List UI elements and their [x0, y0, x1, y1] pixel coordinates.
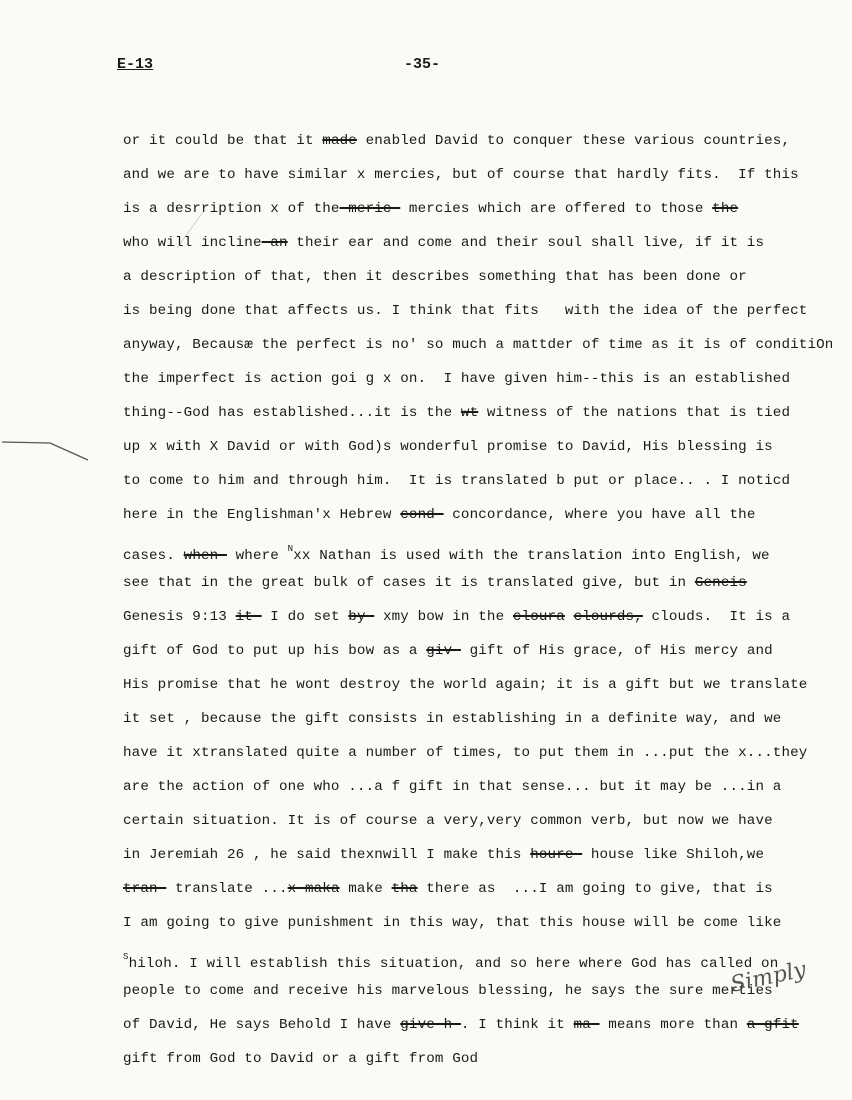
text-segment: and we are to have similar x mercies, bu…	[123, 167, 799, 183]
struck-out-text: -meric-	[340, 201, 401, 217]
struck-out-text: Geneis	[695, 575, 747, 591]
text-line: who will incline-an their ear and come a…	[123, 226, 823, 260]
text-segment: to come to him and through him. It is tr…	[123, 473, 790, 489]
text-line: of David, He says Behold I have give-h-.…	[123, 1008, 823, 1042]
text-segment: mercies which are offered to those	[400, 201, 712, 217]
text-line: it set , because the gift consists in es…	[123, 702, 823, 736]
struck-out-text: give-h-	[400, 1017, 461, 1033]
text-segment: have it xtranslated quite a number of ti…	[123, 745, 807, 761]
struck-out-text: ma-	[574, 1017, 600, 1033]
text-segment: here in the Englishman'x Hebrew	[123, 507, 400, 523]
text-segment: xx Nathan is used with the translation i…	[293, 548, 770, 564]
text-segment: witness of the nations that is tied	[478, 405, 790, 421]
text-segment: gift from God to David or a gift from Go…	[123, 1051, 478, 1067]
text-line: thing--God has established...it is the w…	[123, 396, 823, 430]
struck-out-text: when-	[184, 548, 227, 564]
struck-out-text: made	[322, 133, 357, 149]
text-line: the imperfect is action goi g x on. I ha…	[123, 362, 823, 396]
text-segment: cases.	[123, 548, 184, 564]
text-segment: thing--God has established...it is the	[123, 405, 461, 421]
text-segment: enabled David to conquer these various c…	[357, 133, 790, 149]
margin-pen-mark	[0, 436, 95, 466]
text-line: are the action of one who ...a f gift in…	[123, 770, 823, 804]
text-line: gift of God to put up his bow as a giv- …	[123, 634, 823, 668]
struck-out-text: cond-	[400, 507, 443, 523]
text-line: people to come and receive his marvelous…	[123, 974, 823, 1008]
text-segment: their ear and come and their soul shall …	[288, 235, 765, 251]
text-segment: is being done that affects us. I think t…	[123, 303, 807, 319]
struck-out-text: it-	[236, 609, 262, 625]
text-line: gift from God to David or a gift from Go…	[123, 1042, 823, 1076]
typewritten-body: or it could be that it made enabled Davi…	[123, 124, 823, 1076]
text-line: to come to him and through him. It is tr…	[123, 464, 823, 498]
text-line: have it xtranslated quite a number of ti…	[123, 736, 823, 770]
text-line: in Jeremiah 26 , he said thexnwill I mak…	[123, 838, 823, 872]
text-segment: where	[227, 548, 288, 564]
text-segment: certain situation. It is of course a ver…	[123, 813, 773, 829]
text-line: Shiloh. I will establish this situation,…	[123, 940, 823, 974]
text-segment: there as ...I am going to give, that is	[418, 881, 773, 897]
text-segment: are the action of one who ...a f gift in…	[123, 779, 781, 795]
page-header-section-label: E-13	[117, 56, 153, 73]
text-segment: xmy bow in the	[374, 609, 513, 625]
text-segment: concordance, where you have all the	[444, 507, 756, 523]
text-segment	[565, 609, 574, 625]
text-segment: it set , because the gift consists in es…	[123, 711, 781, 727]
text-segment: I do set	[262, 609, 349, 625]
text-segment: of David, He says Behold I have	[123, 1017, 400, 1033]
text-segment: clouds. It is a	[643, 609, 790, 625]
struck-out-text: clourds,	[574, 609, 643, 625]
text-line: I am going to give punishment in this wa…	[123, 906, 823, 940]
text-segment: is a desrription x of the	[123, 201, 340, 217]
text-segment: Genesis 9:13	[123, 609, 236, 625]
text-segment: in Jeremiah 26 , he said thexnwill I mak…	[123, 847, 530, 863]
text-segment: means more than	[600, 1017, 747, 1033]
page-number: -35-	[404, 56, 440, 73]
text-segment: His promise that he wont destroy the wor…	[123, 677, 807, 693]
struck-out-text: tran-	[123, 881, 166, 897]
struck-out-text: cloura	[513, 609, 565, 625]
struck-out-text: a-gfit	[747, 1017, 799, 1033]
text-segment: who will incline	[123, 235, 262, 251]
text-line: His promise that he wont destroy the wor…	[123, 668, 823, 702]
text-line: is a desrription x of the-meric- mercies…	[123, 192, 823, 226]
struck-out-text: houre-	[530, 847, 582, 863]
text-segment: . I think it	[461, 1017, 574, 1033]
text-line: is being done that affects us. I think t…	[123, 294, 823, 328]
text-line: and we are to have similar x mercies, bu…	[123, 158, 823, 192]
struck-out-text: x-maka	[288, 881, 340, 897]
text-line: cases. when- where Nxx Nathan is used wi…	[123, 532, 823, 566]
text-line: a description of that, then it describes…	[123, 260, 823, 294]
text-line: up x with X David or with God)s wonderfu…	[123, 430, 823, 464]
text-segment: or it could be that it	[123, 133, 322, 149]
text-segment: up x with X David or with God)s wonderfu…	[123, 439, 773, 455]
struck-out-text: -an	[262, 235, 288, 251]
text-segment: gift of God to put up his bow as a	[123, 643, 426, 659]
text-line: certain situation. It is of course a ver…	[123, 804, 823, 838]
text-segment: house like Shiloh,we	[582, 847, 764, 863]
text-segment: see that in the great bulk of cases it i…	[123, 575, 695, 591]
text-segment: the imperfect is action goi g x on. I ha…	[123, 371, 790, 387]
struck-out-text: tha	[392, 881, 418, 897]
text-segment: translate ...	[166, 881, 287, 897]
struck-out-text: by-	[348, 609, 374, 625]
text-segment: make	[340, 881, 392, 897]
text-line: Genesis 9:13 it- I do set by- xmy bow in…	[123, 600, 823, 634]
text-line: or it could be that it made enabled Davi…	[123, 124, 823, 158]
text-segment: a description of that, then it describes…	[123, 269, 747, 285]
text-segment: anyway, Becausæ the perfect is no' so mu…	[123, 337, 833, 353]
text-segment: gift of His grace, of His mercy and	[461, 643, 773, 659]
struck-out-text: wt	[461, 405, 478, 421]
text-line: here in the Englishman'x Hebrew cond- co…	[123, 498, 823, 532]
text-line: anyway, Becausæ the perfect is no' so mu…	[123, 328, 823, 362]
struck-out-text: the	[712, 201, 738, 217]
text-segment: I am going to give punishment in this wa…	[123, 915, 781, 931]
text-line: see that in the great bulk of cases it i…	[123, 566, 823, 600]
text-segment: hiloh. I will establish this situation, …	[129, 956, 779, 972]
text-line: tran- translate ...x-maka make tha there…	[123, 872, 823, 906]
struck-out-text: giv-	[426, 643, 461, 659]
text-segment: people to come and receive his marvelous…	[123, 983, 773, 999]
